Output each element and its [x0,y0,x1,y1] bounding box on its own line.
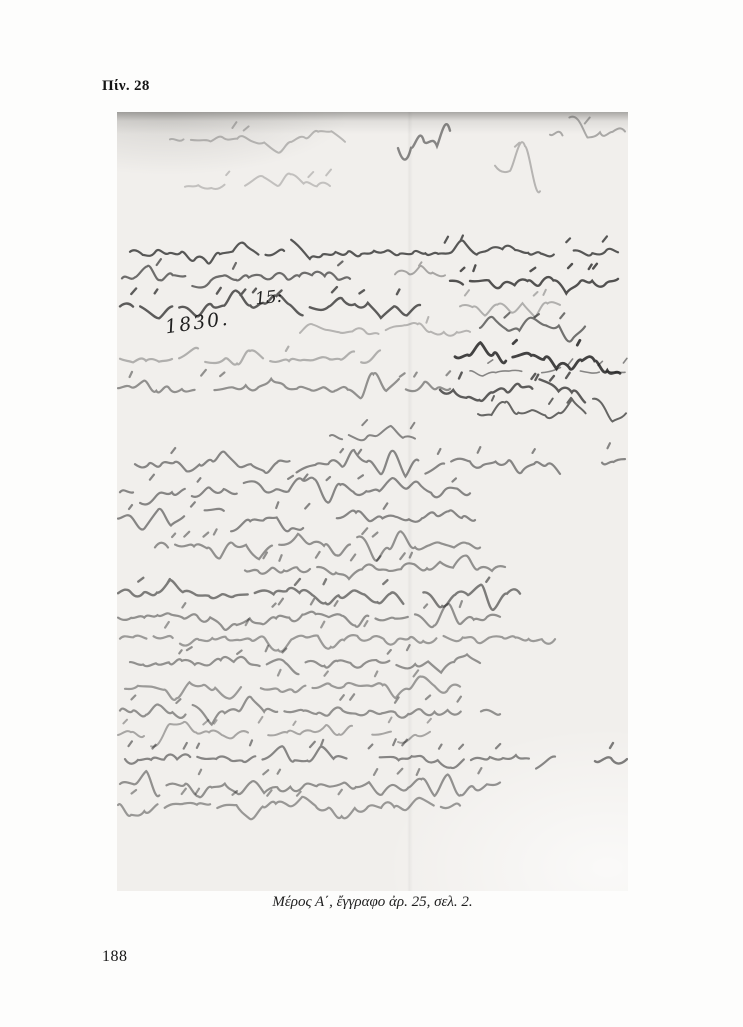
handwriting-line [120,475,470,505]
handwriting-line [245,552,505,579]
handwriting-line [170,122,345,153]
handwriting-line [120,768,500,797]
handwriting-line [118,370,450,398]
handwriting-line [550,117,625,138]
figure-caption: Μέρος Α΄, ἔγγραφο ἀρ. 25, σελ. 2. [117,894,628,911]
plate-label: Πίν. 28 [102,78,150,95]
handwriting-line [120,619,555,651]
handwriting-line [330,420,415,440]
handwriting-line [135,447,560,477]
handwriting-line [118,599,500,630]
handwriting-line [118,717,431,747]
handwriting-line [300,317,470,336]
handwriting-line [595,743,627,764]
handwriting-line [440,373,585,403]
handwriting-line [185,170,331,189]
handwriting-line [130,645,480,674]
handwriting-line [398,124,450,159]
handwriting-line [122,259,350,287]
handwriting-line [120,347,380,365]
handwriting-line [125,739,555,768]
handwriting-line [118,502,475,531]
handwriting-line [495,142,540,192]
legible-day-number: 15: [254,287,283,310]
handwriting-line [455,340,620,373]
page-number: 188 [102,948,128,966]
handwriting-line [450,264,618,294]
handwriting-line [470,358,627,376]
handwriting-line [130,236,618,264]
handwriting-line [125,670,460,700]
handwriting-line [480,313,585,342]
handwriting-line [602,443,625,464]
manuscript-photo: 15: 1830. [117,112,628,891]
handwriting-line [478,396,626,422]
manuscript-handwriting-svg [117,112,628,891]
handwriting-line [118,789,460,820]
handwriting-line [395,262,445,276]
book-page: Πίν. 28 15: 1830. Μέρος Α΄, ἔγγραφο ἀρ. … [0,0,743,1027]
